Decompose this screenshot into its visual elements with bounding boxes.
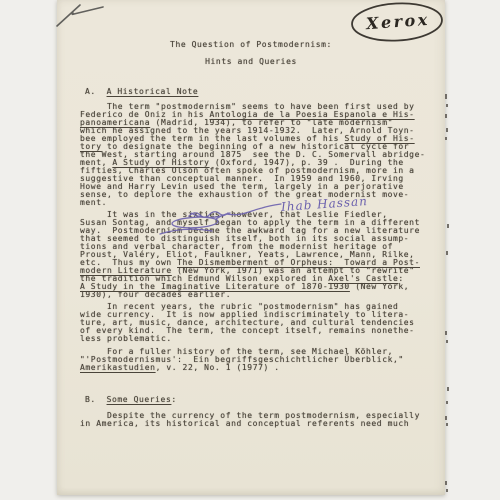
typed-block-heading-b: B. Some Queries: xyxy=(85,396,177,404)
typed-block-para-queries-1: Despite the currency of the term postmod… xyxy=(80,412,420,428)
typed-text-layer: The Question of Postmodernism:Hints and … xyxy=(0,0,500,500)
scanned-page-stage: The Question of Postmodernism:Hints and … xyxy=(0,0,500,500)
typed-block-title: The Question of Postmodernism: xyxy=(57,41,445,49)
typed-block-subtitle: Hints and Queries xyxy=(57,58,445,66)
typed-block-heading-a: A. A Historical Note xyxy=(85,88,198,96)
typed-block-para-historical-4: For a fuller history of the term, see Mi… xyxy=(80,348,404,372)
typed-block-para-historical-2: It was in the sixties, however, that Les… xyxy=(80,211,420,299)
typed-block-para-historical-1: The term "postmodernism" seems to have b… xyxy=(80,103,425,207)
typed-block-para-historical-3: In recent years, the rubric "postmoderni… xyxy=(80,303,415,343)
